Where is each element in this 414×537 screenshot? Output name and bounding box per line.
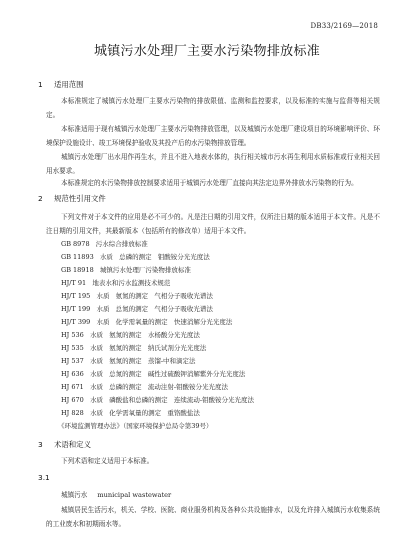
reference-item: HJ 535 水质 氨氮的测定 纳氏试剂分光光度法 bbox=[61, 343, 206, 352]
reference-item: HJ 828 水质 化学需氧量的测定 重铬酸盐法 bbox=[61, 408, 200, 417]
reference-item: GB 8978 污水综合排放标准 bbox=[61, 239, 148, 248]
reference-item: HJ/T 199 水质 总氮的测定 气相分子吸收光谱法 bbox=[61, 304, 213, 313]
reference-item: GB 18918 城镇污水处理厂污染物排放标准 bbox=[61, 265, 191, 274]
reference-item: HJ 537 水质 氨氮的测定 蒸馏-中和滴定法 bbox=[61, 356, 196, 365]
document-page: DB33/2169—2018 城镇污水处理厂主要水污染物排放标准 1适用范围 本… bbox=[0, 0, 414, 537]
section-title: 术语和定义 bbox=[54, 440, 91, 449]
section-2-heading: 2规范性引用文件 bbox=[38, 193, 106, 204]
section-1-heading: 1适用范围 bbox=[38, 79, 84, 90]
subsection-3-1-number: 3.1 bbox=[38, 473, 50, 482]
term-entry: 城镇污水municipal wastewater bbox=[61, 489, 171, 499]
paragraph: 本标准规定了城镇污水处理厂主要水污染物的排放限值、监测和监控要求，以及标准的实施… bbox=[46, 94, 380, 122]
paragraph: 下列术语和定义适用于本标准。 bbox=[46, 454, 380, 468]
reference-item: HJ/T 91 地表水和污水监测技术规范 bbox=[61, 278, 170, 287]
paragraph: 城镇污水处理厂出水用作再生水，并且不进入地表水体的，执行相关城市污水再生利用水质… bbox=[46, 150, 380, 178]
reference-item: HJ 670 水质 磷酸盐和总磷的测定 连续流动-钼酸铵分光光度法 bbox=[61, 395, 254, 404]
term-definition: 城镇居民生活污水，机关、学校、医院、商业服务机构及各种公共设施排水，以及允许排入… bbox=[46, 503, 380, 531]
reference-item: GB 11893 水质 总磷的测定 钼酸铵分光光度法 bbox=[61, 252, 210, 261]
section-number: 2 bbox=[38, 194, 54, 203]
reference-item: HJ/T 195 水质 氨氮的测定 气相分子吸收光谱法 bbox=[61, 291, 213, 300]
document-title: 城镇污水处理厂主要水污染物排放标准 bbox=[0, 40, 414, 59]
section-number: 1 bbox=[38, 80, 54, 89]
reference-item: HJ/T 399 水质 化学需氧量的测定 快速消解分光光度法 bbox=[61, 317, 232, 326]
section-number: 3 bbox=[38, 440, 54, 449]
section-title: 规范性引用文件 bbox=[54, 194, 106, 203]
term-cn: 城镇污水 bbox=[61, 491, 87, 499]
standard-number: DB33/2169—2018 bbox=[311, 22, 378, 30]
section-title: 适用范围 bbox=[54, 80, 84, 89]
paragraph: 本标准规定的水污染物排放控制要求适用于城镇污水处理厂直接向其法定边界外排放水污染… bbox=[46, 176, 380, 190]
term-en: municipal wastewater bbox=[97, 491, 171, 499]
paragraph: 下列文件对于本文件的应用是必不可少的。凡是注日期的引用文件，仅所注日期的版本适用… bbox=[46, 210, 380, 238]
section-3-heading: 3术语和定义 bbox=[38, 439, 91, 450]
reference-item: HJ 636 水质 总氮的测定 碱性过硫酸钾消解紫外分光光度法 bbox=[61, 369, 245, 378]
paragraph: 本标准适用于现有城镇污水处理厂主要水污染物排放管理，以及城镇污水处理厂建设项目的… bbox=[46, 122, 380, 150]
reference-item: HJ 536 水质 氨氮的测定 水杨酸分光光度法 bbox=[61, 330, 200, 339]
reference-item: 《环境监测管理办法》（国家环境保护总局令第39号） bbox=[58, 421, 213, 430]
reference-item: HJ 671 水质 总磷的测定 流动注射-钼酸铵分光光度法 bbox=[61, 382, 228, 391]
